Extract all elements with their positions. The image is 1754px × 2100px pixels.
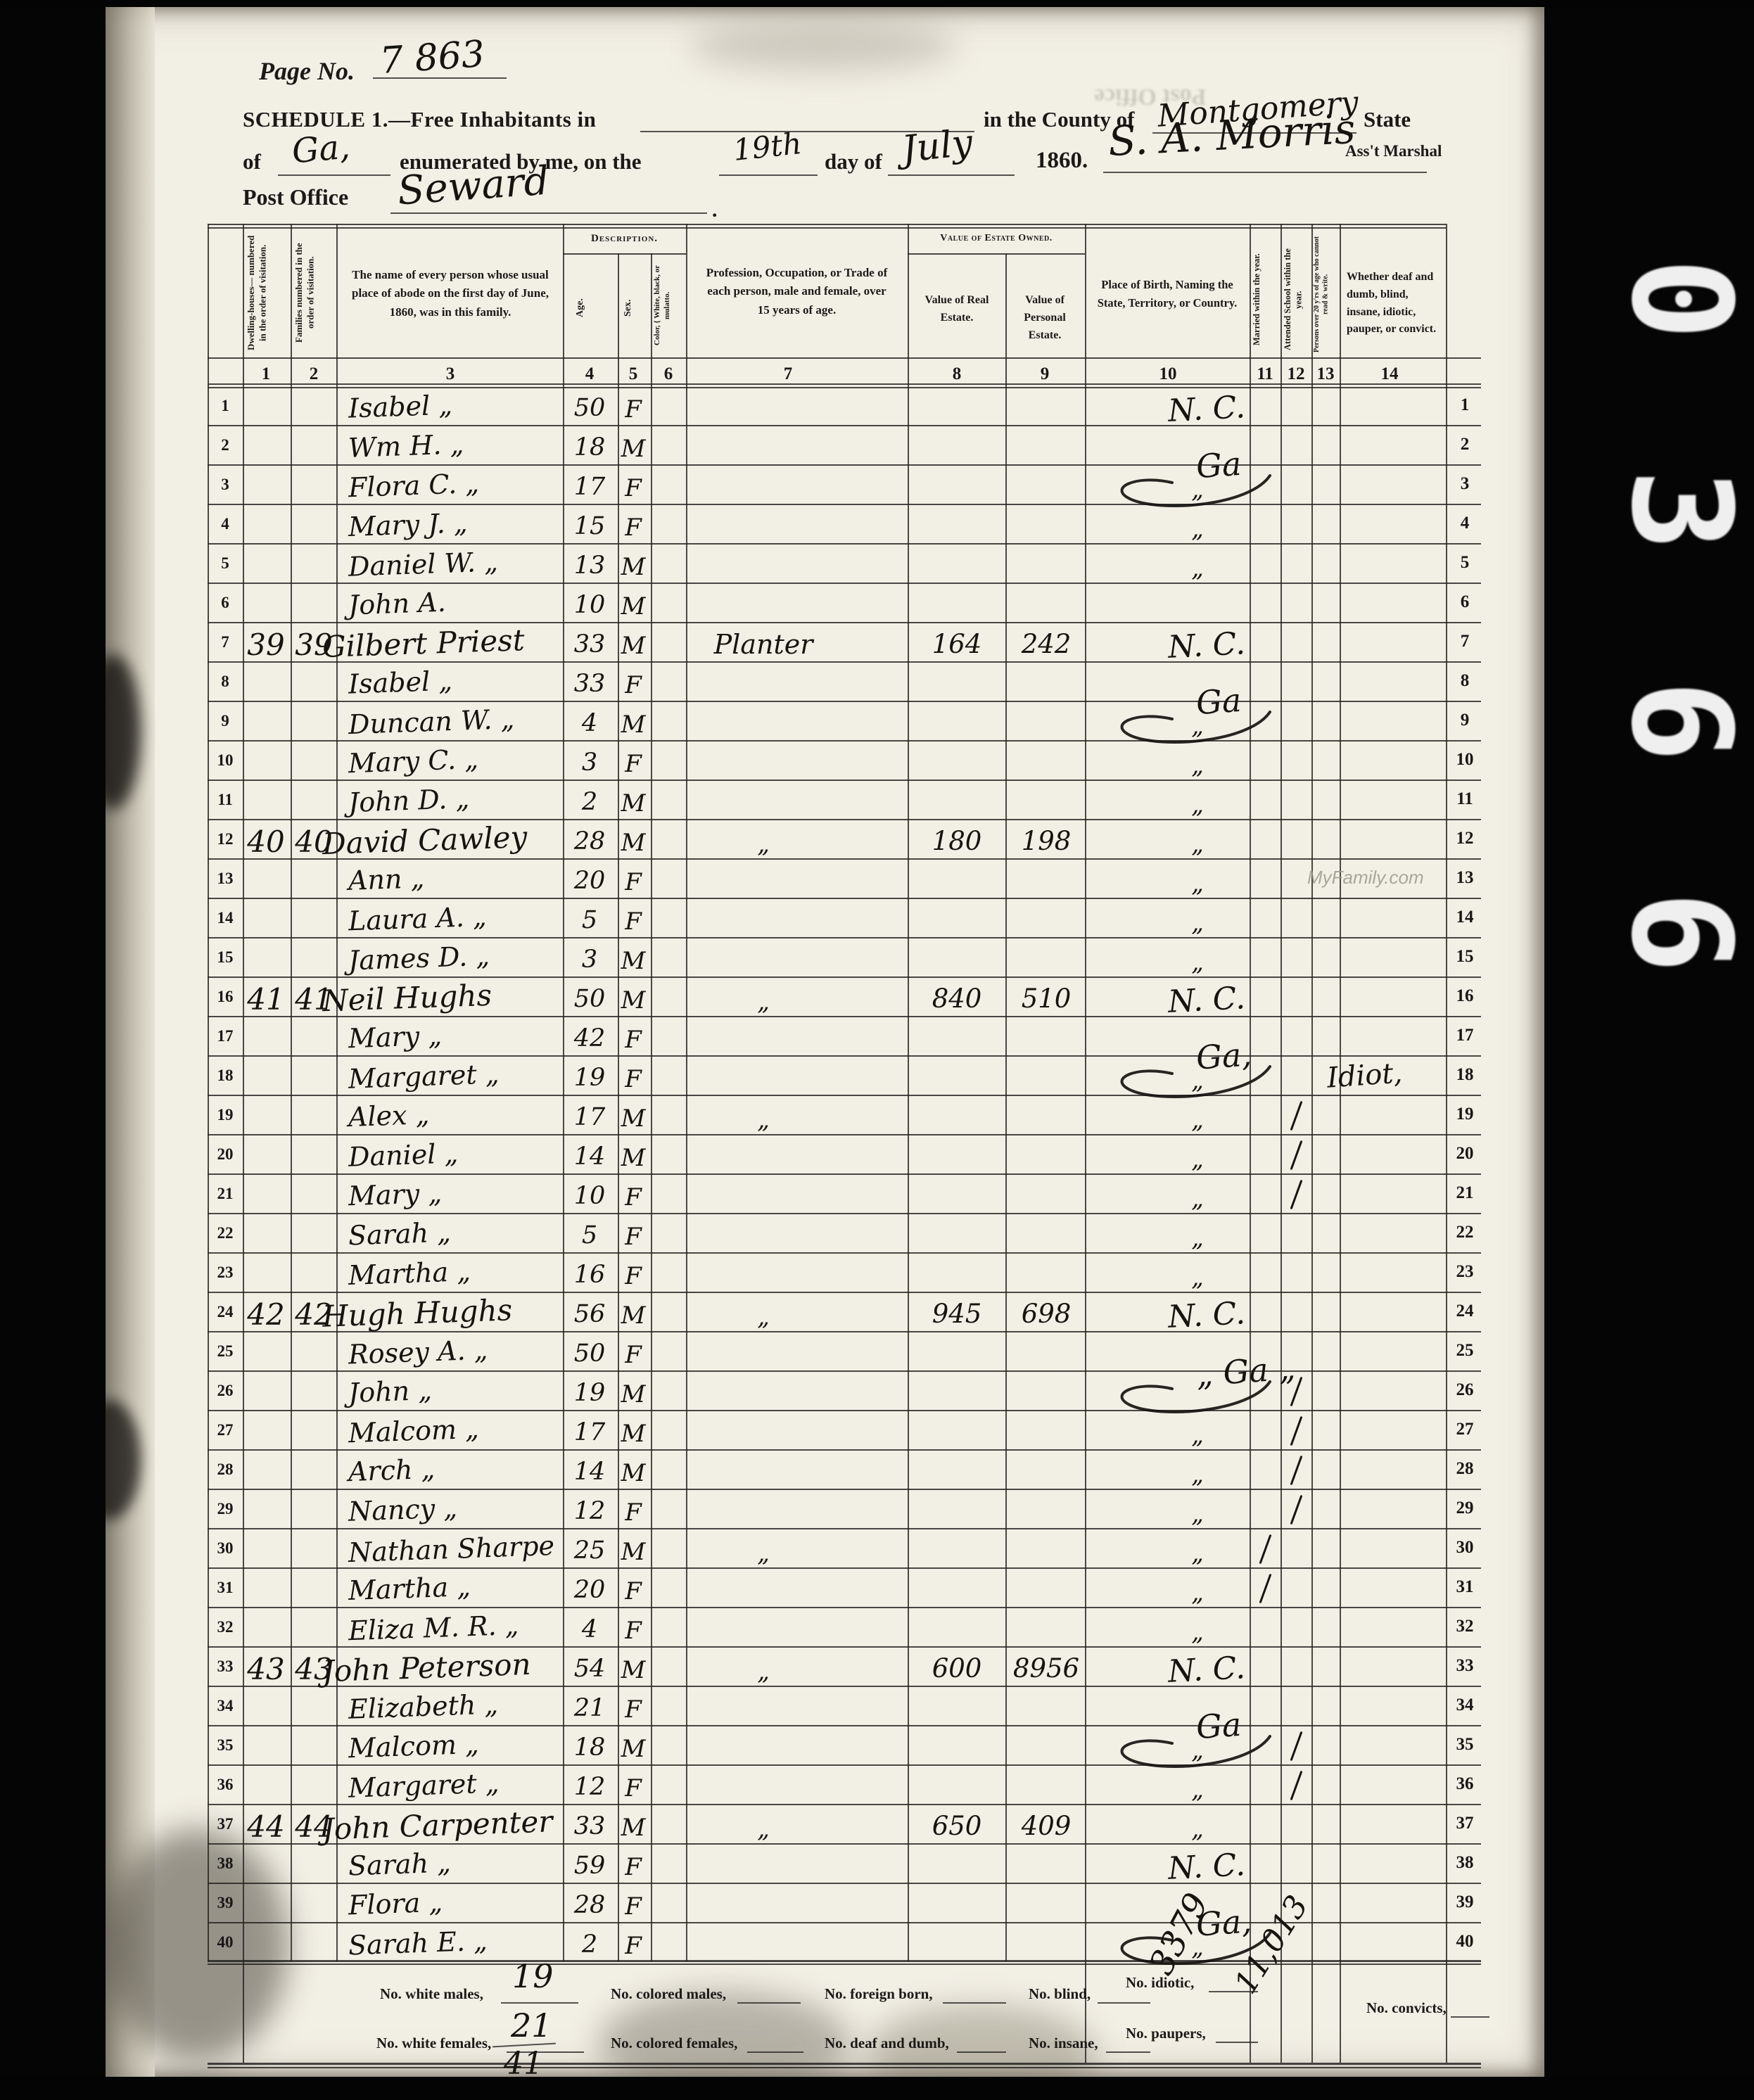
row-line: [208, 1095, 1481, 1096]
age-entry: 12: [574, 1497, 606, 1525]
column-number: 9: [1041, 364, 1050, 384]
row-number-left: 21: [217, 1185, 234, 1203]
row-line: [208, 622, 1481, 623]
name-entry: Rosey A. „: [348, 1335, 488, 1370]
grid-line: [208, 2067, 1481, 2068]
sex-entry: M: [621, 1459, 646, 1487]
state-value: Ga,: [291, 127, 352, 172]
row-number-left: 5: [221, 554, 229, 573]
row-number-left: 25: [217, 1342, 234, 1361]
row-number-left: 10: [217, 751, 234, 770]
row-number-right: 35: [1456, 1735, 1474, 1755]
birthplace-entry: N. C.: [1167, 1847, 1246, 1887]
row-number-right: 16: [1456, 986, 1474, 1006]
column-line: [336, 224, 338, 1961]
personal-estate-entry: 698: [1022, 1299, 1072, 1329]
age-entry: 33: [574, 630, 606, 658]
post-office-line: [390, 212, 707, 214]
film-border-top: [0, 0, 1754, 7]
row-number-left: 26: [217, 1382, 234, 1400]
name-entry: Laura A. „: [348, 901, 487, 937]
row-number-right: 37: [1456, 1814, 1474, 1833]
birthplace-entry: N. C.: [1167, 389, 1246, 429]
sex-entry: F: [625, 1183, 642, 1211]
row-line: [208, 1764, 1481, 1766]
birthplace-ditto: „: [1191, 1736, 1204, 1764]
post-office-period: .: [712, 198, 718, 222]
row-line: [208, 1213, 1481, 1214]
name-entry: Martha „: [348, 1256, 471, 1291]
birthplace-ditto: „: [1191, 1224, 1204, 1252]
grid-line: [208, 224, 1446, 225]
col14-header: Whether deaf and dumb, blind, insane, id…: [1347, 269, 1440, 338]
row-number-right: 5: [1461, 553, 1470, 573]
row-line: [208, 701, 1481, 702]
real-estate-entry: 600: [932, 1653, 982, 1684]
age-entry: 18: [574, 1733, 606, 1762]
white-females-label: No. white females,: [376, 2035, 491, 2052]
sex-entry: F: [625, 1617, 642, 1645]
row-number-right: 11: [1456, 789, 1473, 809]
row-number-left: 33: [217, 1657, 234, 1676]
real-estate-entry: 180: [932, 826, 982, 856]
white-males-line: [501, 2002, 578, 2004]
age-entry: 21: [574, 1694, 606, 1722]
dwelling-number: 40: [247, 825, 284, 859]
row-number-right: 10: [1456, 750, 1474, 770]
convicts-line: [1451, 2016, 1489, 2018]
row-number-left: 23: [217, 1264, 234, 1282]
row-number-left: 15: [217, 948, 234, 967]
foreign-born-label: No. foreign born,: [825, 1985, 933, 2003]
name-entry: David Cawley: [322, 820, 528, 861]
row-line: [208, 1449, 1481, 1451]
grid-line: [563, 253, 686, 255]
col12-header: Attended School within the year.: [1283, 246, 1308, 353]
row-number-left: 38: [217, 1854, 234, 1873]
sex-entry: F: [625, 868, 642, 896]
film-code-digit: 6: [1608, 858, 1754, 1006]
dwelling-number: 44: [247, 1809, 284, 1844]
row-number-right: 13: [1456, 868, 1474, 888]
row-number-right: 26: [1456, 1380, 1474, 1400]
row-line: [208, 898, 1481, 899]
personal-estate-entry: 510: [1022, 984, 1072, 1014]
name-entry: James D. „: [348, 941, 490, 976]
dwelling-number: 42: [247, 1297, 284, 1332]
row-line: [208, 1646, 1481, 1648]
film-border-left: [0, 0, 106, 2100]
birthplace-entry: N. C.: [1167, 1295, 1246, 1335]
col1-header: Dwelling-houses— numbered in the order o…: [246, 232, 288, 353]
sex-entry: F: [625, 474, 642, 502]
birthplace-ditto: „: [1191, 1421, 1204, 1449]
row-line: [208, 976, 1481, 978]
sex-entry: M: [621, 1144, 646, 1172]
birthplace-ditto: „: [1191, 751, 1204, 779]
birthplace-ditto: „: [1191, 1067, 1204, 1095]
birthplace-ditto: „: [1191, 1145, 1204, 1173]
birthplace-ditto: „: [1191, 1461, 1204, 1489]
age-entry: 4: [582, 1615, 597, 1643]
schedule-title: SCHEDULE 1.—Free Inhabitants in: [243, 107, 596, 132]
sex-entry: F: [625, 1892, 642, 1921]
row-number-right: 8: [1461, 671, 1470, 691]
name-entry: Eliza M. R. „: [348, 1610, 519, 1646]
row-number-right: 7: [1461, 632, 1470, 651]
row-number-left: 3: [221, 476, 229, 494]
birthplace-entry: N. C.: [1167, 980, 1246, 1020]
col6-header: Color, { White, black, or mulatto.: [653, 256, 682, 355]
name-entry: Sarah „: [348, 1847, 451, 1881]
row-number-right: 39: [1456, 1892, 1474, 1912]
row-number-left: 32: [217, 1618, 234, 1636]
sex-entry: M: [621, 553, 646, 581]
row-number-left: 18: [217, 1067, 234, 1085]
birthplace-ditto: „: [1191, 1776, 1204, 1804]
age-entry: 28: [574, 1891, 606, 1919]
age-entry: 5: [582, 906, 597, 934]
name-entry: John „: [348, 1375, 432, 1408]
age-entry: 20: [574, 1576, 606, 1604]
column-line: [563, 224, 564, 1961]
name-entry: Margaret „: [348, 1767, 500, 1803]
paupers-line: [1216, 2042, 1258, 2043]
row-line: [208, 1883, 1481, 1884]
bleed-through-text: Post Office: [1094, 83, 1207, 110]
age-entry: 25: [574, 1536, 606, 1565]
birthplace-ditto: „: [1191, 870, 1204, 898]
sex-entry: F: [625, 1932, 642, 1960]
age-entry: 17: [574, 1103, 606, 1131]
white-males-label: No. white males,: [380, 1985, 483, 2003]
name-entry: Daniel W. „: [348, 546, 498, 582]
age-entry: 50: [574, 1339, 606, 1368]
film-code-digit: 0: [1608, 225, 1754, 373]
column-line: [1311, 224, 1313, 1961]
row-line: [208, 425, 1481, 426]
post-office-label: Post Office: [243, 184, 348, 210]
row-number-left: 4: [221, 515, 229, 533]
row-number-right: 31: [1456, 1577, 1474, 1597]
row-line: [208, 1134, 1481, 1135]
sex-entry: M: [621, 435, 646, 463]
row-number-left: 40: [217, 1933, 234, 1952]
col10-header: Place of Birth, Naming the State, Territ…: [1092, 276, 1243, 312]
sex-entry: F: [625, 514, 642, 542]
row-number-right: 27: [1456, 1420, 1474, 1439]
name-entry: Alex „: [348, 1099, 430, 1133]
dwelling-number: 41: [247, 982, 284, 1017]
state-word: State: [1364, 107, 1411, 132]
col3-header: The name of every person whose usual pla…: [348, 266, 552, 322]
column-number: 8: [953, 364, 962, 384]
birthplace-ditto: „: [1191, 515, 1204, 543]
grid-line: [208, 387, 1481, 388]
row-number-left: 11: [217, 791, 233, 809]
age-entry: 50: [574, 394, 606, 422]
sex-entry: M: [621, 1420, 646, 1448]
age-entry: 12: [574, 1773, 606, 1801]
grid-line: [208, 1964, 1481, 1965]
col4-header: Age.: [574, 266, 602, 350]
birthplace-ditto: „: [1191, 554, 1204, 583]
sex-entry: F: [625, 1774, 642, 1802]
sex-entry: F: [625, 1026, 642, 1054]
name-entry: John A.: [348, 587, 446, 621]
row-number-right: 34: [1456, 1695, 1474, 1715]
idiotic-label: No. idiotic,: [1126, 1974, 1194, 1992]
row-number-left: 27: [217, 1421, 234, 1439]
name-entry: Martha „: [348, 1571, 471, 1606]
column-line: [618, 253, 619, 1961]
blind-line: [1098, 2002, 1150, 2004]
column-line: [243, 224, 244, 1961]
row-number-right: 1: [1461, 395, 1470, 415]
age-entry: 4: [582, 709, 597, 737]
sex-entry: M: [621, 632, 646, 660]
name-entry: Margaret „: [348, 1058, 500, 1094]
birthplace-ditto: „: [1191, 791, 1204, 819]
row-line: [208, 1410, 1481, 1411]
name-entry: John D. „: [348, 783, 470, 818]
birthplace-entry: N. C.: [1167, 625, 1246, 666]
occupation-entry: „: [757, 1106, 770, 1134]
row-line: [208, 1252, 1481, 1254]
name-entry: Flora „: [348, 1887, 443, 1921]
deaf-dumb-line: [957, 2051, 1006, 2053]
page-no-label: Page No.: [259, 56, 355, 86]
colored-females-label: No. colored females,: [611, 2035, 737, 2052]
sex-entry: F: [625, 1853, 642, 1881]
row-number-right: 6: [1461, 592, 1470, 612]
month-value: July: [900, 122, 974, 171]
age-entry: 33: [574, 1812, 606, 1840]
column-line: [243, 1961, 244, 2063]
age-entry: 17: [574, 1418, 606, 1446]
row-line: [208, 1725, 1481, 1726]
row-number-right: 17: [1456, 1026, 1474, 1045]
column-line: [686, 224, 687, 1961]
row-line: [208, 464, 1481, 466]
row-line: [208, 1528, 1481, 1529]
row-number-right: 23: [1456, 1262, 1474, 1282]
age-entry: 17: [574, 473, 606, 501]
row-line: [208, 1804, 1481, 1805]
name-entry: Hugh Hughs: [322, 1292, 513, 1333]
row-number-right: 29: [1456, 1498, 1474, 1518]
age-entry: 15: [574, 512, 606, 540]
day-line: [719, 174, 818, 176]
sex-entry: M: [621, 592, 646, 621]
film-code-digit: 6: [1608, 647, 1754, 795]
row-line: [208, 937, 1481, 938]
name-entry: Daniel „: [348, 1138, 459, 1172]
sex-entry: F: [625, 671, 642, 699]
row-number-left: 31: [217, 1579, 234, 1597]
age-entry: 56: [574, 1300, 606, 1328]
occupation-entry: „: [757, 988, 770, 1016]
row-line: [208, 661, 1481, 663]
column-line: [208, 224, 209, 1961]
row-number-right: 2: [1461, 435, 1470, 454]
smudge: [106, 1829, 288, 2061]
age-entry: 13: [574, 552, 606, 580]
occupation-entry: Planter: [714, 629, 813, 660]
row-number-right: 33: [1456, 1656, 1474, 1676]
name-entry: John Peterson: [322, 1647, 531, 1688]
column-line: [1446, 224, 1447, 1961]
birthplace-ditto: „: [1191, 1618, 1204, 1646]
row-number-left: 35: [217, 1736, 234, 1755]
birthplace-ditto: „: [1191, 1815, 1204, 1843]
sex-entry: M: [621, 1380, 646, 1408]
age-entry: 20: [574, 867, 606, 895]
age-entry: 50: [574, 985, 606, 1013]
page-no-line: [373, 77, 507, 79]
sex-entry: F: [625, 1695, 642, 1724]
row-line: [208, 1607, 1481, 1608]
column-line: [1085, 224, 1086, 1961]
birthplace-entry: N. C.: [1167, 1650, 1246, 1690]
total-value: 41: [504, 2046, 543, 2082]
row-line: [208, 1489, 1481, 1490]
personal-estate-entry: 409: [1022, 1811, 1072, 1841]
age-entry: 10: [574, 1182, 606, 1210]
name-entry: Mary C. „: [348, 744, 478, 779]
occupation-entry: „: [757, 1303, 770, 1331]
age-entry: 42: [574, 1024, 606, 1052]
birthplace-ditto: „: [1191, 1264, 1204, 1292]
column-number: 4: [585, 364, 595, 384]
row-number-left: 12: [217, 830, 234, 848]
row-number-left: 37: [217, 1815, 234, 1833]
row-line: [208, 1055, 1481, 1057]
birthplace-flourish: [1112, 1377, 1280, 1427]
row-number-left: 8: [221, 673, 229, 691]
row-line: [208, 1173, 1481, 1175]
film-code-digit: 3: [1608, 436, 1754, 584]
sex-entry: M: [621, 1814, 646, 1842]
row-number-right: 18: [1456, 1065, 1474, 1085]
age-entry: 19: [574, 1064, 606, 1092]
description-header: Description.: [563, 231, 686, 247]
personal-estate-entry: 8956: [1013, 1653, 1079, 1684]
row-line: [208, 504, 1481, 505]
birthplace-ditto: „: [1191, 1539, 1204, 1567]
row-line: [208, 1331, 1481, 1332]
column-number: 3: [446, 364, 455, 384]
column-number: 12: [1288, 364, 1305, 384]
column-number: 1: [262, 364, 271, 384]
name-entry: Ann „: [348, 863, 425, 896]
age-entry: 59: [574, 1852, 606, 1880]
column-line: [908, 224, 909, 1961]
dwelling-number: 39: [247, 628, 284, 662]
age-entry: 10: [574, 591, 606, 619]
row-number-left: 20: [217, 1145, 234, 1164]
row-number-right: 24: [1456, 1302, 1474, 1321]
name-entry: Wm H. „: [348, 428, 464, 464]
age-entry: 18: [574, 433, 606, 462]
name-entry: Elizabeth „: [348, 1688, 498, 1724]
paupers-label: No. paupers,: [1126, 2025, 1206, 2042]
birthplace-ditto: „: [1191, 1185, 1204, 1213]
column-number: 2: [310, 364, 319, 384]
row-number-left: 16: [217, 988, 234, 1006]
column-line: [1280, 1961, 1282, 2063]
row-line: [208, 819, 1481, 820]
col2-header: Families numbered in the order of visita…: [293, 232, 333, 353]
column-number: 11: [1257, 364, 1273, 384]
occupation-entry: „: [757, 830, 770, 858]
birthplace-ditto: „: [1191, 830, 1204, 858]
column-number: 14: [1381, 364, 1399, 384]
colored-males-line: [737, 2002, 801, 2004]
smudge: [689, 21, 957, 70]
marshal-label: Ass't Marshal: [1345, 142, 1442, 160]
column-number: 13: [1317, 364, 1335, 384]
sex-entry: F: [625, 750, 642, 778]
sex-entry: M: [621, 1538, 646, 1566]
signature-line: [1103, 172, 1427, 173]
birthplace-ditto: „: [1191, 1106, 1204, 1134]
age-entry: 2: [582, 788, 597, 816]
column-number: 6: [664, 364, 673, 384]
sex-entry: F: [625, 1498, 642, 1527]
sex-entry: M: [621, 1105, 646, 1133]
sex-entry: F: [625, 1262, 642, 1290]
convicts-label: No. convicts,: [1366, 1999, 1447, 2017]
col11-header: Married within the year.: [1252, 246, 1277, 353]
colored-females-line: [747, 2051, 803, 2053]
insane-label: No. insane,: [1029, 2035, 1098, 2052]
row-line: [208, 583, 1481, 584]
row-number-right: 40: [1456, 1932, 1474, 1952]
col13-header: Persons over 20 y'rs of age who cannot r…: [1313, 234, 1337, 355]
age-entry: 14: [574, 1458, 606, 1486]
row-number-left: 19: [217, 1106, 234, 1124]
sex-entry: M: [621, 1656, 646, 1684]
age-entry: 54: [574, 1655, 606, 1683]
column-line: [651, 253, 652, 1961]
row-line: [208, 1567, 1481, 1569]
birthplace-ditto: „: [1191, 1579, 1204, 1607]
row-number-right: 32: [1456, 1617, 1474, 1636]
year-value: 1860.: [1036, 148, 1088, 174]
personal-estate-entry: 242: [1022, 629, 1072, 659]
row-number-left: 17: [217, 1027, 234, 1045]
deaf-dumb-label: No. deaf and dumb,: [825, 2035, 949, 2052]
name-entry: Malcom „: [348, 1413, 479, 1449]
row-number-left: 14: [217, 909, 234, 927]
sex-entry: M: [621, 789, 646, 817]
row-line: [208, 740, 1481, 742]
name-entry: Neil Hughs: [322, 978, 492, 1018]
row-line: [208, 1016, 1481, 1017]
age-entry: 5: [582, 1221, 597, 1249]
sex-entry: F: [625, 1577, 642, 1605]
row-number-left: 1: [221, 397, 229, 415]
real-estate-entry: 650: [932, 1811, 982, 1841]
personal-estate-entry: 198: [1022, 826, 1072, 856]
age-entry: 33: [574, 670, 606, 698]
dwelling-number: 43: [247, 1652, 284, 1686]
sex-entry: M: [621, 986, 646, 1014]
sex-entry: F: [625, 908, 642, 936]
name-entry: Flora C. „: [348, 468, 479, 503]
row-number-right: 30: [1456, 1538, 1474, 1558]
